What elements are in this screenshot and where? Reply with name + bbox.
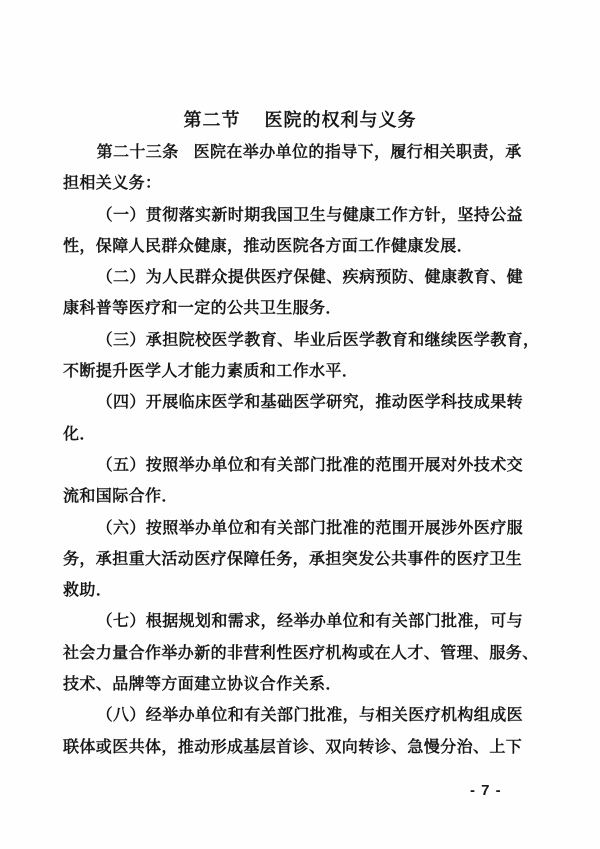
- text-line: 社会力量合作举办新的非营利性医疗机构或在人才、管理、服务、: [63, 638, 539, 669]
- text-line: 康科普等医疗和一定的公共卫生服务．: [63, 293, 539, 324]
- section-title-text: 医院的权利与义务: [265, 110, 417, 130]
- article-number: 第二十三条: [97, 144, 179, 161]
- text-line: 务，承担重大活动医疗保障任务，承担突发公共事件的医疗卫生: [63, 544, 539, 575]
- text-line: （四）开展临床医学和基础医学研究，推动医学科技成果转: [63, 387, 539, 418]
- section-title: 第二节医院的权利与义务: [0, 106, 600, 132]
- text-line: （三）承担院校医学教育、毕业后医学教育和继续医学教育，: [63, 325, 539, 356]
- text-line: 不断提升医学人才能力素质和工作水平．: [63, 356, 539, 387]
- page-number: - 7 -: [470, 782, 502, 799]
- text-line: （七）根据规划和需求，经举办单位和有关部门批准，可与: [63, 606, 539, 637]
- text-line: 联体或医共体，推动形成基层首诊、双向转诊、急慢分治、上下: [63, 732, 539, 763]
- document-body: 第二十三条医院在举办单位的指导下，履行相关职责，承担相关义务：（一）贯彻落实新时…: [63, 137, 539, 763]
- text-line: （六）按照举办单位和有关部门批准的范围开展涉外医疗服: [63, 513, 539, 544]
- text-line: 化．: [63, 419, 539, 450]
- text-line: （八）经举办单位和有关部门批准，与相关医疗机构组成医: [63, 700, 539, 731]
- document-page: 第二节医院的权利与义务 第二十三条医院在举办单位的指导下，履行相关职责，承担相关…: [0, 0, 600, 849]
- text-line: （二）为人民群众提供医疗保健、疾病预防、健康教育、健: [63, 262, 539, 293]
- text-line: 技术、品牌等方面建立协议合作关系．: [63, 669, 539, 700]
- text-line: （一）贯彻落实新时期我国卫生与健康工作方针，坚持公益: [63, 200, 539, 231]
- text-line: 性，保障人民群众健康，推动医院各方面工作健康发展．: [63, 231, 539, 262]
- text-line: 救助．: [63, 575, 539, 606]
- text-line: （五）按照举办单位和有关部门批准的范围开展对外技术交: [63, 450, 539, 481]
- text-line: 流和国际合作．: [63, 481, 539, 512]
- section-number: 第二节: [184, 110, 241, 130]
- text-line: 第二十三条医院在举办单位的指导下，履行相关职责，承: [63, 137, 539, 168]
- text-line: 担相关义务：: [63, 168, 539, 199]
